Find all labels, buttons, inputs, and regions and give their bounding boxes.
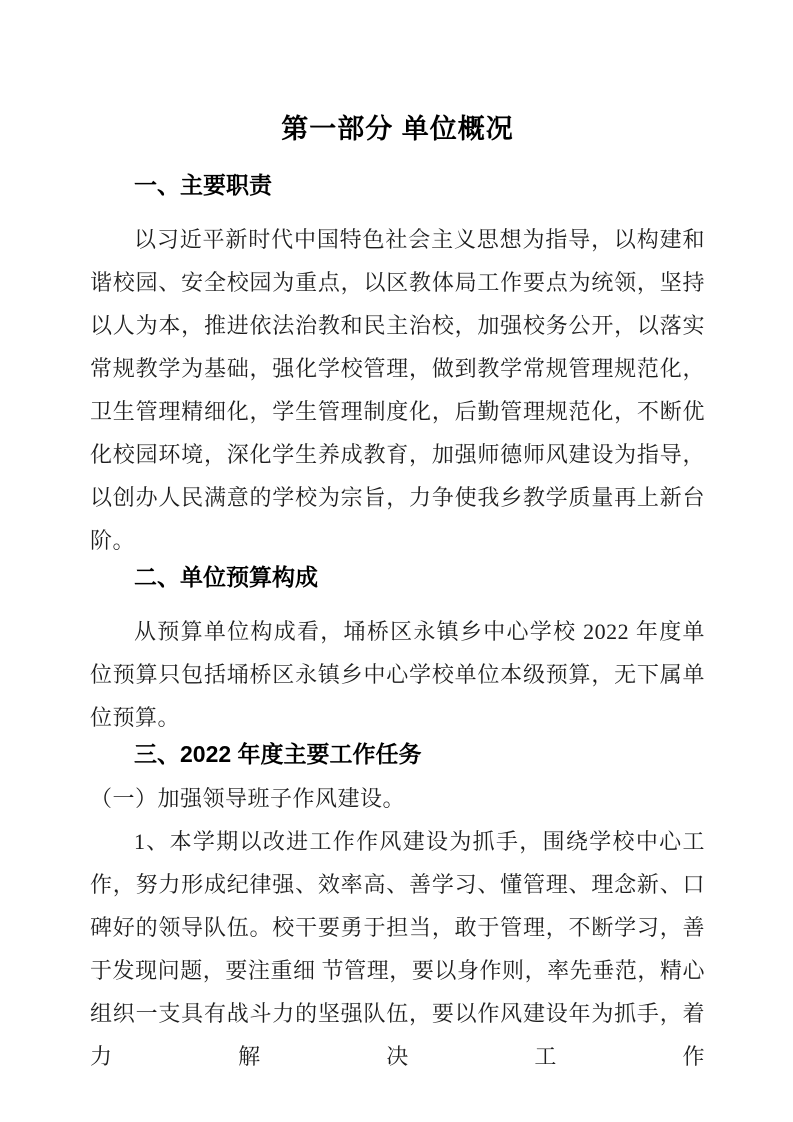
paragraph-work-task-item-title: （一）加强领导班子作风建设。	[90, 777, 705, 820]
paragraph-main-duties: 以习近平新时代中国特色社会主义思想为指导，以构建和谐校园、安全校园为重点，以区教…	[90, 218, 705, 562]
section-heading-budget-composition: 二、单位预算构成	[134, 562, 705, 592]
paragraph-work-task-detail: 1、本学期以改进工作作风建设为抓手，围绕学校中心工作，努力形成纪律强、效率高、善…	[90, 820, 705, 1078]
section-heading-main-duties: 一、主要职责	[134, 170, 705, 200]
section-heading-2022-work-tasks: 三、2022 年度主要工作任务	[134, 739, 705, 769]
document-page: 第一部分 单位概况 一、主要职责 以习近平新时代中国特色社会主义思想为指导，以构…	[0, 0, 793, 1122]
paragraph-budget-composition: 从预算单位构成看，埇桥区永镇乡中心学校 2022 年度单位预算只包括埇桥区永镇乡…	[90, 610, 705, 739]
page-title: 第一部分 单位概况	[90, 110, 705, 148]
